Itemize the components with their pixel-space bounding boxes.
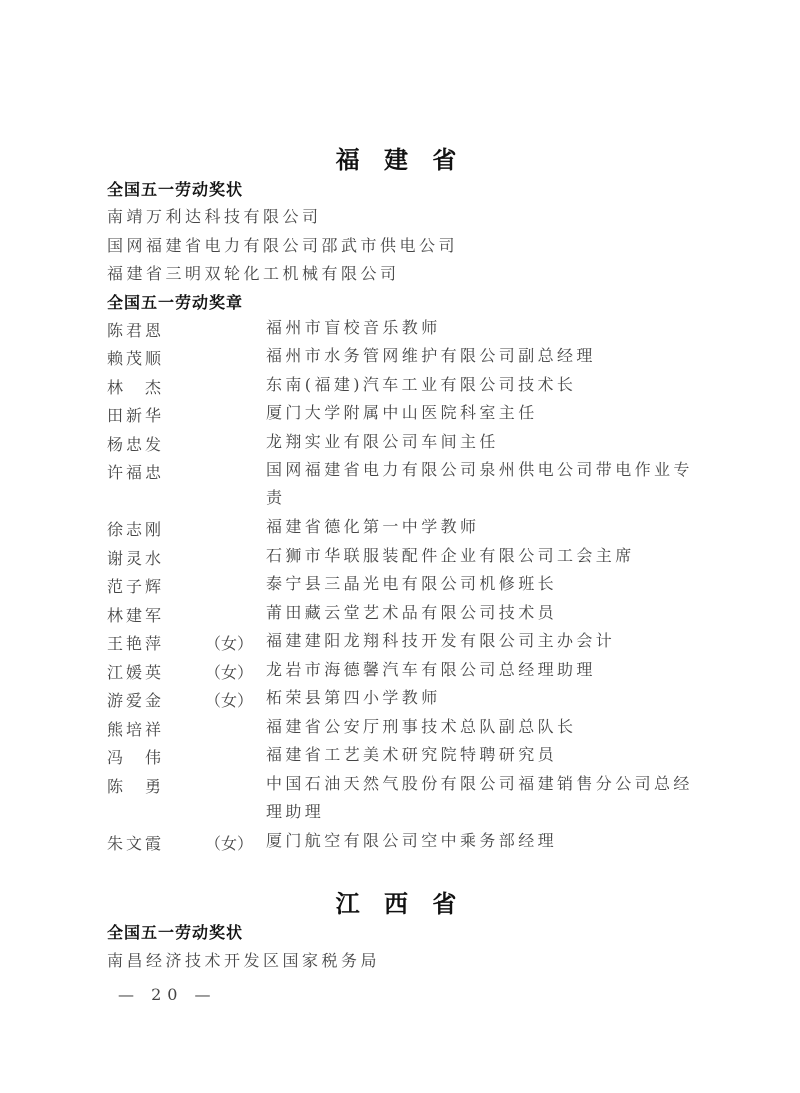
medalist-name: 田新华 — [107, 403, 164, 426]
province-title-fujian: 福 建 省 — [0, 140, 800, 175]
medalist-name: 谢灵水 — [107, 546, 164, 569]
medalist-title: 福建省工艺美术研究院特聘研究员 — [266, 741, 696, 769]
medalist-name: 江媛英 — [107, 660, 164, 683]
province-title-jiangxi: 江 西 省 — [0, 884, 800, 919]
medalist-title: 莆田藏云堂艺术品有限公司技术员 — [266, 599, 696, 627]
medalist-name: 熊培祥 — [107, 717, 164, 740]
medalist-gender: （女） — [205, 631, 253, 654]
certificate-heading: 全国五一劳动奖状 — [107, 177, 243, 200]
medalist-name: 许福忠 — [107, 460, 164, 483]
medalist-title: 龙翔实业有限公司车间主任 — [266, 428, 696, 456]
medalist-name: 陈君恩 — [107, 318, 164, 341]
medalist-title: 石狮市华联服装配件企业有限公司工会主席 — [266, 542, 696, 570]
medalist-name: 陈 勇 — [107, 774, 164, 797]
medalist-title: 福建建阳龙翔科技开发有限公司主办会计 — [266, 627, 696, 655]
certificate-org: 南昌经济技术开发区国家税务局 — [107, 948, 380, 971]
certificate-org: 南靖万利达科技有限公司 — [107, 204, 322, 227]
medalist-name: 徐志刚 — [107, 517, 164, 540]
medalist-name: 冯 伟 — [107, 745, 164, 768]
medalist-title: 龙岩市海德馨汽车有限公司总经理助理 — [266, 656, 696, 684]
medalist-title: 泰宁县三晶光电有限公司机修班长 — [266, 570, 696, 598]
medal-heading: 全国五一劳动奖章 — [107, 290, 243, 313]
medalist-name: 游爱金 — [107, 688, 164, 711]
document-page: 福 建 省 全国五一劳动奖状 南靖万利达科技有限公司 国网福建省电力有限公司邵武… — [0, 0, 800, 1093]
medalist-title: 中国石油天然气股份有限公司福建销售分公司总经理助理 — [266, 770, 696, 826]
medalist-title: 柘荣县第四小学教师 — [266, 684, 696, 712]
medalist-gender: （女） — [205, 831, 253, 854]
medalist-title: 福州市盲校音乐教师 — [266, 314, 696, 342]
medalist-title: 福建省公安厅刑事技术总队副总队长 — [266, 713, 696, 741]
medalist-name: 范子辉 — [107, 574, 164, 597]
medalist-name: 朱文霞 — [107, 831, 164, 854]
medalist-name: 杨忠发 — [107, 432, 164, 455]
certificate-heading: 全国五一劳动奖状 — [107, 920, 243, 943]
certificate-org: 福建省三明双轮化工机械有限公司 — [107, 261, 400, 284]
certificate-org: 国网福建省电力有限公司邵武市供电公司 — [107, 233, 458, 256]
medalist-title: 厦门大学附属中山医院科室主任 — [266, 399, 696, 427]
medalist-title: 厦门航空有限公司空中乘务部经理 — [266, 827, 696, 855]
medalist-gender: （女） — [205, 660, 253, 683]
medalist-title: 福建省德化第一中学教师 — [266, 513, 696, 541]
medalist-title: 东南(福建)汽车工业有限公司技术长 — [266, 371, 696, 399]
medalist-name: 王艳萍 — [107, 631, 164, 654]
page-number: — 20 — — [118, 985, 217, 1004]
medalist-title: 福州市水务管网维护有限公司副总经理 — [266, 342, 696, 370]
medalist-name: 赖茂顺 — [107, 346, 164, 369]
medalist-name: 林 杰 — [107, 375, 164, 398]
medalist-title: 国网福建省电力有限公司泉州供电公司带电作业专责 — [266, 456, 696, 512]
medalist-name: 林建军 — [107, 603, 164, 626]
medalist-gender: （女） — [205, 688, 253, 711]
